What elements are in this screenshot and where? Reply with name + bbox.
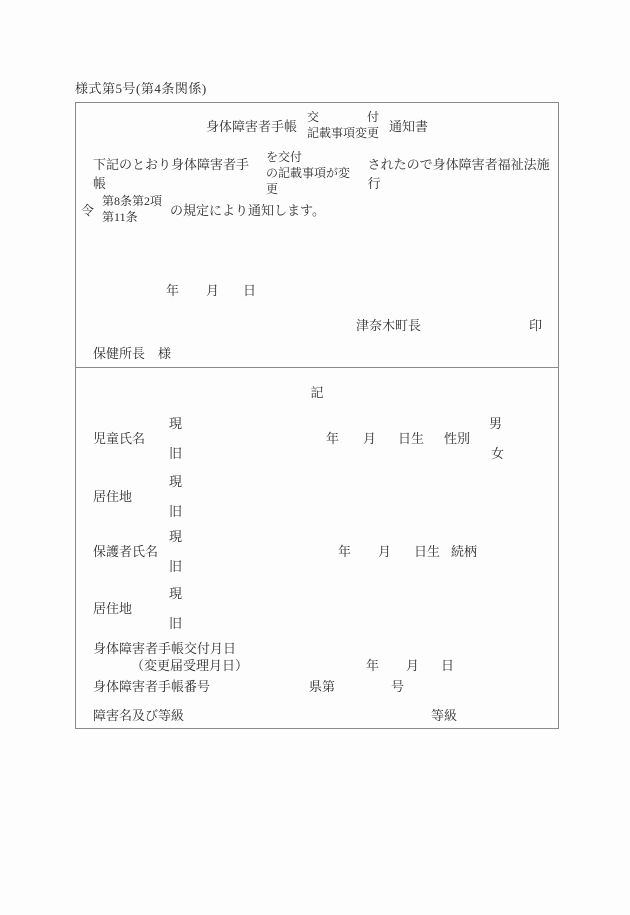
body2-option-stack: 第8条第2項 第11条: [102, 193, 162, 225]
title-option-grant: 交 付: [307, 109, 379, 125]
form-number: 様式第5号(第4条関係): [75, 78, 207, 97]
child-birth-month-label: 月: [363, 428, 376, 447]
child-birth-year-label: 年: [326, 428, 339, 447]
body2-prefix: 令: [81, 200, 94, 219]
body-line-2: 令 第8条第2項 第11条 の規定により通知します。: [81, 193, 325, 225]
child-old-label: 旧: [169, 443, 182, 462]
field-row-issue-date: 身体障害者手帳交付月日 （変更届受理月日） 年 月 日: [76, 638, 558, 672]
disability-label: 障害名及び等級: [93, 705, 184, 724]
form-title: 身体障害者手帳 交 付 記載事項変更 通知書: [76, 109, 558, 141]
residence-old-label: 旧: [169, 501, 182, 520]
title-option-stack: 交 付 記載事項変更: [307, 109, 379, 141]
residence-label: 居住地: [93, 486, 132, 505]
sex-label: 性別: [444, 428, 470, 447]
residence2-label: 居住地: [93, 598, 132, 617]
body1-prefix: 下記のとおり身体障害者手帳: [93, 154, 258, 192]
guardian-birth-day-label: 日生: [414, 541, 440, 560]
field-row-notebook-number: 身体障害者手帳番号 県第 号: [76, 676, 558, 696]
relation-label: 続柄: [451, 541, 477, 560]
body2-option-bottom: 第11条: [102, 209, 162, 225]
child-name-label: 児童氏名: [93, 428, 145, 447]
title-suffix: 通知書: [389, 116, 428, 135]
issuer-name: 津奈木町長: [356, 315, 421, 334]
guardian-birth-month-label: 月: [378, 541, 391, 560]
title-prefix: 身体障害者手帳: [206, 116, 297, 135]
addressee: 保健所長 様: [93, 343, 171, 362]
guardian-current-label: 現: [169, 526, 182, 545]
field-row-guardian-name: 現 保護者氏名 年 月 日生 続柄 旧: [76, 526, 558, 572]
date-day-label: 日: [243, 280, 256, 299]
body1-option-stack: を交付 の記載事項が変更: [266, 149, 360, 197]
grade-label: 等級: [431, 705, 457, 724]
form-page: 様式第5号(第4条関係) 身体障害者手帳 交 付 記載事項変更 通知書 下記のと…: [0, 0, 630, 915]
seal-mark: 印: [529, 315, 542, 334]
field-row-child-residence: 現 居住地 旧: [76, 471, 558, 517]
issue-date-sub-label: （変更届受理月日）: [131, 655, 248, 674]
body1-option-top: を交付: [266, 149, 360, 165]
field-row-guardian-residence: 現 居住地 旧: [76, 583, 558, 629]
prefecture-number-prefix: 県第: [309, 676, 335, 695]
child-birth-day-label: 日生: [398, 428, 424, 447]
section-divider: [76, 367, 558, 368]
notebook-number-label: 身体障害者手帳番号: [93, 676, 210, 695]
residence2-old-label: 旧: [169, 613, 182, 632]
sex-female-option: 女: [491, 443, 504, 462]
guardian-name-label: 保護者氏名: [93, 541, 158, 560]
date-month-label: 月: [206, 280, 219, 299]
form-border-box: 身体障害者手帳 交 付 記載事項変更 通知書 下記のとおり身体障害者手帳 を交付…: [75, 102, 559, 729]
guardian-birth-year-label: 年: [338, 541, 351, 560]
body2-option-top: 第8条第2項: [102, 193, 162, 209]
issue-year-label: 年: [366, 655, 379, 674]
record-heading: 記: [76, 382, 558, 401]
body1-suffix: されたので身体障害者福祉法施行: [368, 154, 558, 192]
date-year-label: 年: [166, 280, 179, 299]
field-row-child-name: 現 児童氏名 年 月 日生 性別 男 旧 女: [76, 413, 558, 459]
issue-month-label: 月: [406, 655, 419, 674]
title-grant-left: 交: [307, 109, 319, 125]
body-line-1: 下記のとおり身体障害者手帳 を交付 の記載事項が変更 されたので身体障害者福祉法…: [93, 149, 558, 197]
field-row-disability: 障害名及び等級 等級: [76, 705, 558, 725]
title-grant-right: 付: [367, 109, 379, 125]
number-suffix: 号: [391, 676, 404, 695]
guardian-old-label: 旧: [169, 556, 182, 575]
issue-day-label: 日: [441, 655, 454, 674]
sex-male-option: 男: [489, 413, 502, 432]
body2-suffix: の規定により通知します。: [170, 200, 325, 219]
residence2-current-label: 現: [169, 583, 182, 602]
residence-current-label: 現: [169, 471, 182, 490]
child-current-label: 現: [169, 413, 182, 432]
title-option-change: 記載事項変更: [307, 125, 379, 141]
